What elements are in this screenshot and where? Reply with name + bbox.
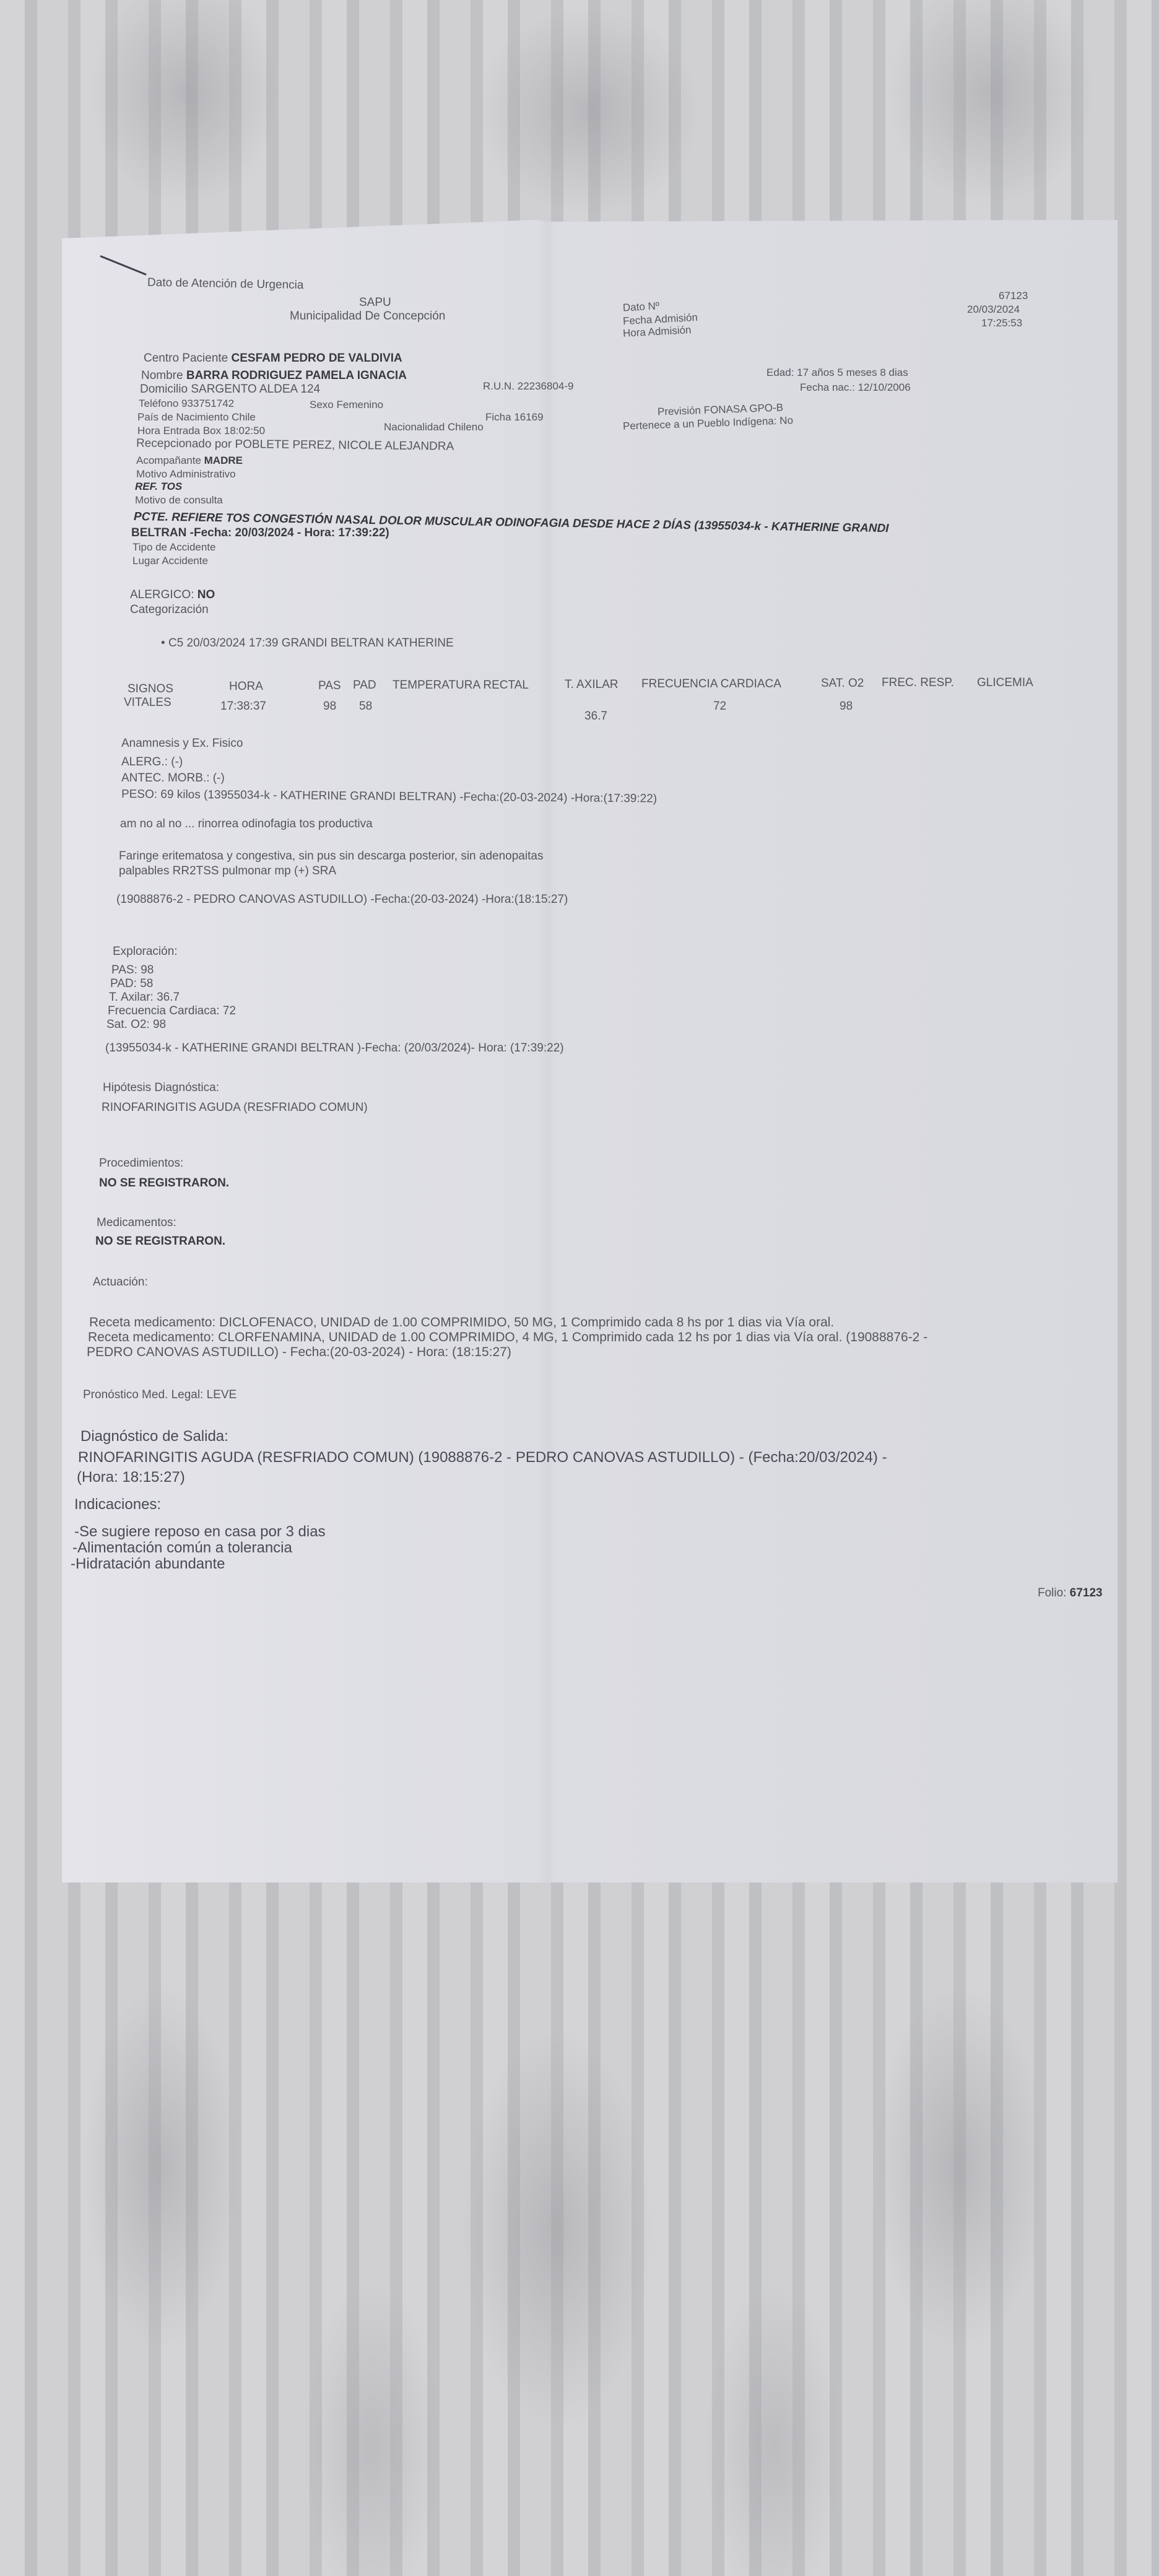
domicilio-value: SARGENTO ALDEA 124	[191, 383, 320, 396]
anamnesis-note2-line2: palpables RR2TSS pulmonar mp (+) SRA	[119, 864, 336, 878]
diagnostico-salida-line1: RINOFARINGITIS AGUDA (RESFRIADO COMUN) (…	[78, 1449, 887, 1466]
anamnesis-label: Anamnesis y Ex. Fisico	[121, 737, 243, 751]
hora-box-label: Hora Entrada Box	[137, 425, 221, 437]
anamnesis-antec: ANTEC. MORB.: (-)	[121, 772, 225, 785]
dato-label: Dato Nº	[623, 300, 660, 314]
vitals-header-4: T. AXILAR	[565, 678, 619, 692]
actuacion-line3: PEDRO CANOVAS ASTUDILLO) - Fecha:(20-03-…	[87, 1345, 511, 1360]
motivo-admin-value: REF. TOS	[135, 481, 182, 493]
vitals-value-5: 72	[713, 700, 726, 713]
lugar-accidente-label: Lugar Accidente	[132, 555, 208, 567]
folio-label: Folio:	[1038, 1586, 1066, 1599]
vitals-value-2: 58	[359, 700, 372, 713]
vitals-value-4: 36.7	[584, 710, 607, 723]
vitals-header-2: PAD	[353, 679, 376, 692]
alergico-value: NO	[198, 588, 215, 601]
prevision-label: Previsión	[658, 404, 701, 417]
hora-admision-value: 17:25:53	[981, 317, 1022, 329]
anamnesis-signature: (19088876-2 - PEDRO CANOVAS ASTUDILLO) -…	[116, 893, 568, 907]
procedimientos-value: NO SE REGISTRARON.	[99, 1177, 229, 1190]
exploracion-signature: (13955034-k - KATHERINE GRANDI BELTRAN )…	[105, 1042, 564, 1055]
categorizacion-item: • C5 20/03/2024 17:39 GRANDI BELTRAN KAT…	[161, 637, 454, 650]
motivo-consulta-label: Motivo de consulta	[135, 494, 223, 507]
service-name: SAPU	[359, 296, 391, 310]
fecha-nac-label: Fecha nac.:	[800, 381, 855, 393]
acompanante-value: MADRE	[204, 455, 243, 466]
telefono-value: 933751742	[181, 398, 234, 409]
nacionalidad-value: Chileno	[448, 421, 484, 433]
nombre-label: Nombre	[141, 369, 183, 382]
hipotesis-value: RINOFARINGITIS AGUDA (RESFRIADO COMUN)	[102, 1101, 368, 1115]
nacionalidad-label: Nacionalidad	[384, 421, 445, 433]
recepcionado-label: Recepcionado por	[136, 437, 232, 451]
exploracion-item: PAS: 98	[111, 964, 154, 977]
tipo-accidente-label: Tipo de Accidente	[132, 541, 216, 554]
vitals-header-1: PAS	[318, 679, 341, 693]
indicaciones-item: -Hidratación abundante	[71, 1556, 225, 1573]
exploracion-item: T. Axilar: 36.7	[109, 991, 180, 1004]
document-title: Dato de Atención de Urgencia	[147, 276, 304, 292]
motivo-admin-label: Motivo Administrativo	[136, 468, 236, 481]
vitals-value-1: 98	[323, 700, 336, 713]
indicaciones-label: Indicaciones:	[74, 1496, 161, 1513]
telefono-label: Teléfono	[139, 398, 178, 409]
diagnostico-salida-label: Diagnóstico de Salida:	[80, 1428, 228, 1445]
categorizacion-label: Categorización	[130, 603, 209, 617]
folio-value: 67123	[1070, 1586, 1103, 1599]
vitals-header-0: HORA	[229, 680, 263, 694]
hora-box-value: 18:02:50	[224, 425, 265, 437]
anamnesis-alerg: ALERG.: (-)	[121, 755, 183, 769]
vitals-row-label-2: VITALES	[124, 696, 171, 710]
pais-value: Chile	[232, 411, 256, 423]
exploracion-item: PAD: 58	[110, 977, 153, 991]
actuacion-line1: Receta medicamento: DICLOFENACO, UNIDAD …	[89, 1315, 834, 1330]
vitals-header-8: GLICEMIA	[977, 676, 1033, 690]
vitals-row-label-1: SIGNOS	[128, 682, 173, 696]
ficha-value: 16169	[514, 411, 543, 423]
pais-label: País de Nacimiento	[137, 411, 228, 423]
centro-value: CESFAM PEDRO DE VALDIVIA	[232, 352, 402, 365]
procedimientos-label: Procedimientos:	[99, 1157, 183, 1170]
edad-value: 17 años 5 meses 8 dias	[797, 367, 908, 378]
fecha-nac-value: 12/10/2006	[858, 381, 911, 393]
recepcionado-value: POBLETE PEREZ, NICOLE ALEJANDRA	[235, 438, 454, 453]
indicaciones-item: -Alimentación común a tolerancia	[72, 1539, 292, 1557]
vitals-value-6: 98	[840, 700, 853, 713]
vitals-header-6: SAT. O2	[821, 677, 864, 690]
dato-value: 67123	[999, 290, 1028, 302]
vitals-header-3: TEMPERATURA RECTAL	[393, 679, 529, 692]
edad-label: Edad:	[766, 367, 794, 378]
anamnesis-note2-line1: Faringe eritematosa y congestiva, sin pu…	[119, 850, 543, 863]
exploracion-item: Frecuencia Cardiaca: 72	[108, 1004, 236, 1018]
vitals-header-7: FREC. RESP.	[882, 676, 954, 690]
sexo-value: Femenino	[336, 399, 383, 411]
centro-label: Centro Paciente	[144, 352, 228, 365]
medicamentos-label: Medicamentos:	[97, 1216, 176, 1230]
exploracion-label: Exploración:	[113, 945, 178, 959]
municipality-name: Municipalidad De Concepción	[290, 310, 445, 323]
actuacion-label: Actuación:	[93, 1276, 148, 1289]
indicaciones-item: -Se sugiere reposo en casa por 3 dias	[74, 1523, 326, 1541]
nombre-value: BARRA RODRIGUEZ PAMELA IGNACIA	[186, 369, 407, 382]
medicamentos-value: NO SE REGISTRARON.	[95, 1235, 225, 1248]
acompanante-label: Acompañante	[136, 455, 201, 466]
fecha-admision-value: 20/03/2024	[967, 303, 1020, 316]
vitals-value-0: 17:38:37	[220, 700, 266, 713]
alergico-label: ALERGICO:	[130, 588, 194, 601]
vitals-header-5: FRECUENCIA CARDIACA	[641, 677, 781, 691]
hipotesis-label: Hipótesis Diagnóstica:	[103, 1081, 219, 1095]
motivo-consulta-line2: BELTRAN -Fecha: 20/03/2024 - Hora: 17:39…	[131, 526, 389, 540]
anamnesis-note1: am no al no ... rinorrea odinofagia tos …	[120, 817, 373, 831]
pronostico: Pronóstico Med. Legal: LEVE	[83, 1388, 237, 1402]
indigena-value: No	[779, 414, 793, 427]
diagnostico-salida-line2: (Hora: 18:15:27)	[77, 1469, 185, 1486]
ficha-label: Ficha	[485, 411, 511, 423]
exploracion-item: Sat. O2: 98	[106, 1018, 166, 1032]
actuacion-line2: Receta medicamento: CLORFENAMINA, UNIDAD…	[88, 1330, 927, 1345]
sexo-label: Sexo	[310, 399, 334, 411]
prevision-value: FONASA GPO-B	[703, 401, 783, 416]
run-label: R.U.N.	[483, 380, 514, 392]
run-value: 22236804-9	[518, 380, 574, 392]
domicilio-label: Domicilio	[140, 383, 188, 396]
